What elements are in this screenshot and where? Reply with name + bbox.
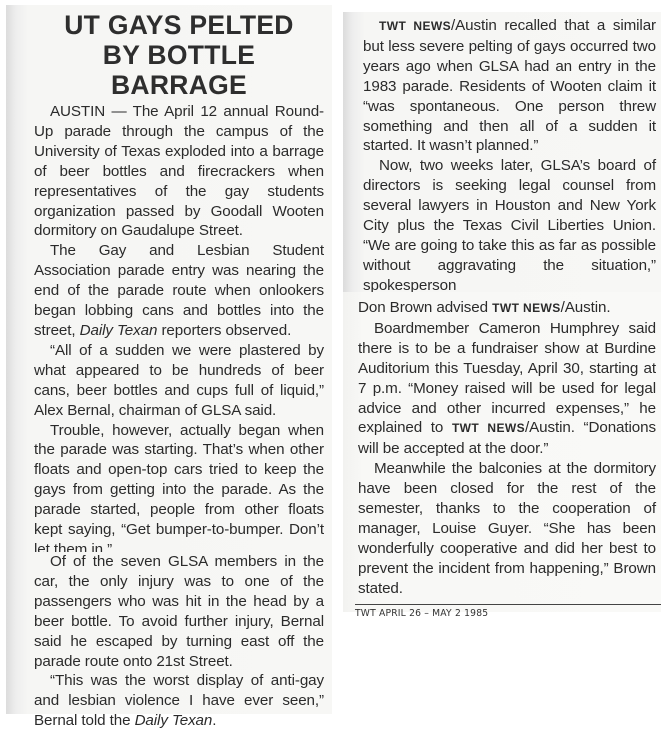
twt-news-label: TWT NEWS [379, 19, 451, 33]
paragraph-worst-display: “This was the worst display of anti-gay … [34, 671, 324, 731]
footer-divider [355, 604, 661, 605]
issue-dateline: TWT APRIL 26 – MAY 2 1985 [355, 608, 488, 619]
publication-name: Daily Texan [135, 712, 213, 729]
right-column-clipping-top: TWT NEWS/Austin recalled that a similar … [343, 12, 661, 292]
paragraph-trouble: Trouble, however, actually began when th… [34, 421, 324, 560]
paragraph-bernal-quote: “All of a sudden we were plastered by wh… [34, 341, 324, 421]
right-column-clipping-bottom: Don Brown advised TWT NEWS/Austin. Board… [343, 292, 661, 612]
paragraph-don-brown: Don Brown advised TWT NEWS/Austin. [358, 298, 656, 319]
paragraph-legal-counsel: Now, two weeks later, GLSA’s board of di… [363, 156, 656, 295]
headline-line-1: UT GAYS PELTED [64, 10, 294, 40]
right-column-text: TWT NEWS/Austin recalled that a similar … [363, 16, 656, 296]
twt-news-label: TWT NEWS [452, 421, 525, 435]
paragraph-injury: Of of the seven GLSA members in the car,… [34, 552, 324, 671]
left-column-text-continued: Of of the seven GLSA members in the car,… [34, 542, 324, 731]
right-column-text-continued: Don Brown advised TWT NEWS/Austin. Board… [358, 298, 656, 599]
paragraph-1983-parade: TWT NEWS/Austin recalled that a similar … [363, 16, 656, 156]
left-column-clipping-bottom: Of of the seven GLSA members in the car,… [6, 552, 332, 714]
headline-line-2: BY BOTTLE BARRAGE [103, 40, 255, 100]
publication-name: Daily Texan [80, 322, 158, 339]
paragraph-fundraiser: Boardmember Cameron Humphrey said there … [358, 319, 656, 459]
paragraph-lede: AUSTIN — The April 12 annual Round-Up pa… [34, 102, 324, 241]
left-column-text: AUSTIN — The April 12 annual Round-Up pa… [34, 102, 324, 560]
headline: UT GAYS PELTED BY BOTTLE BARRAGE [34, 10, 324, 100]
paragraph-balconies: Meanwhile the balconies at the dormitory… [358, 459, 656, 598]
left-column-clipping-top: UT GAYS PELTED BY BOTTLE BARRAGE AUSTIN … [6, 5, 332, 553]
twt-news-label: TWT NEWS [492, 301, 561, 315]
paragraph-glsa-entry: The Gay and Lesbian Student Association … [34, 241, 324, 341]
